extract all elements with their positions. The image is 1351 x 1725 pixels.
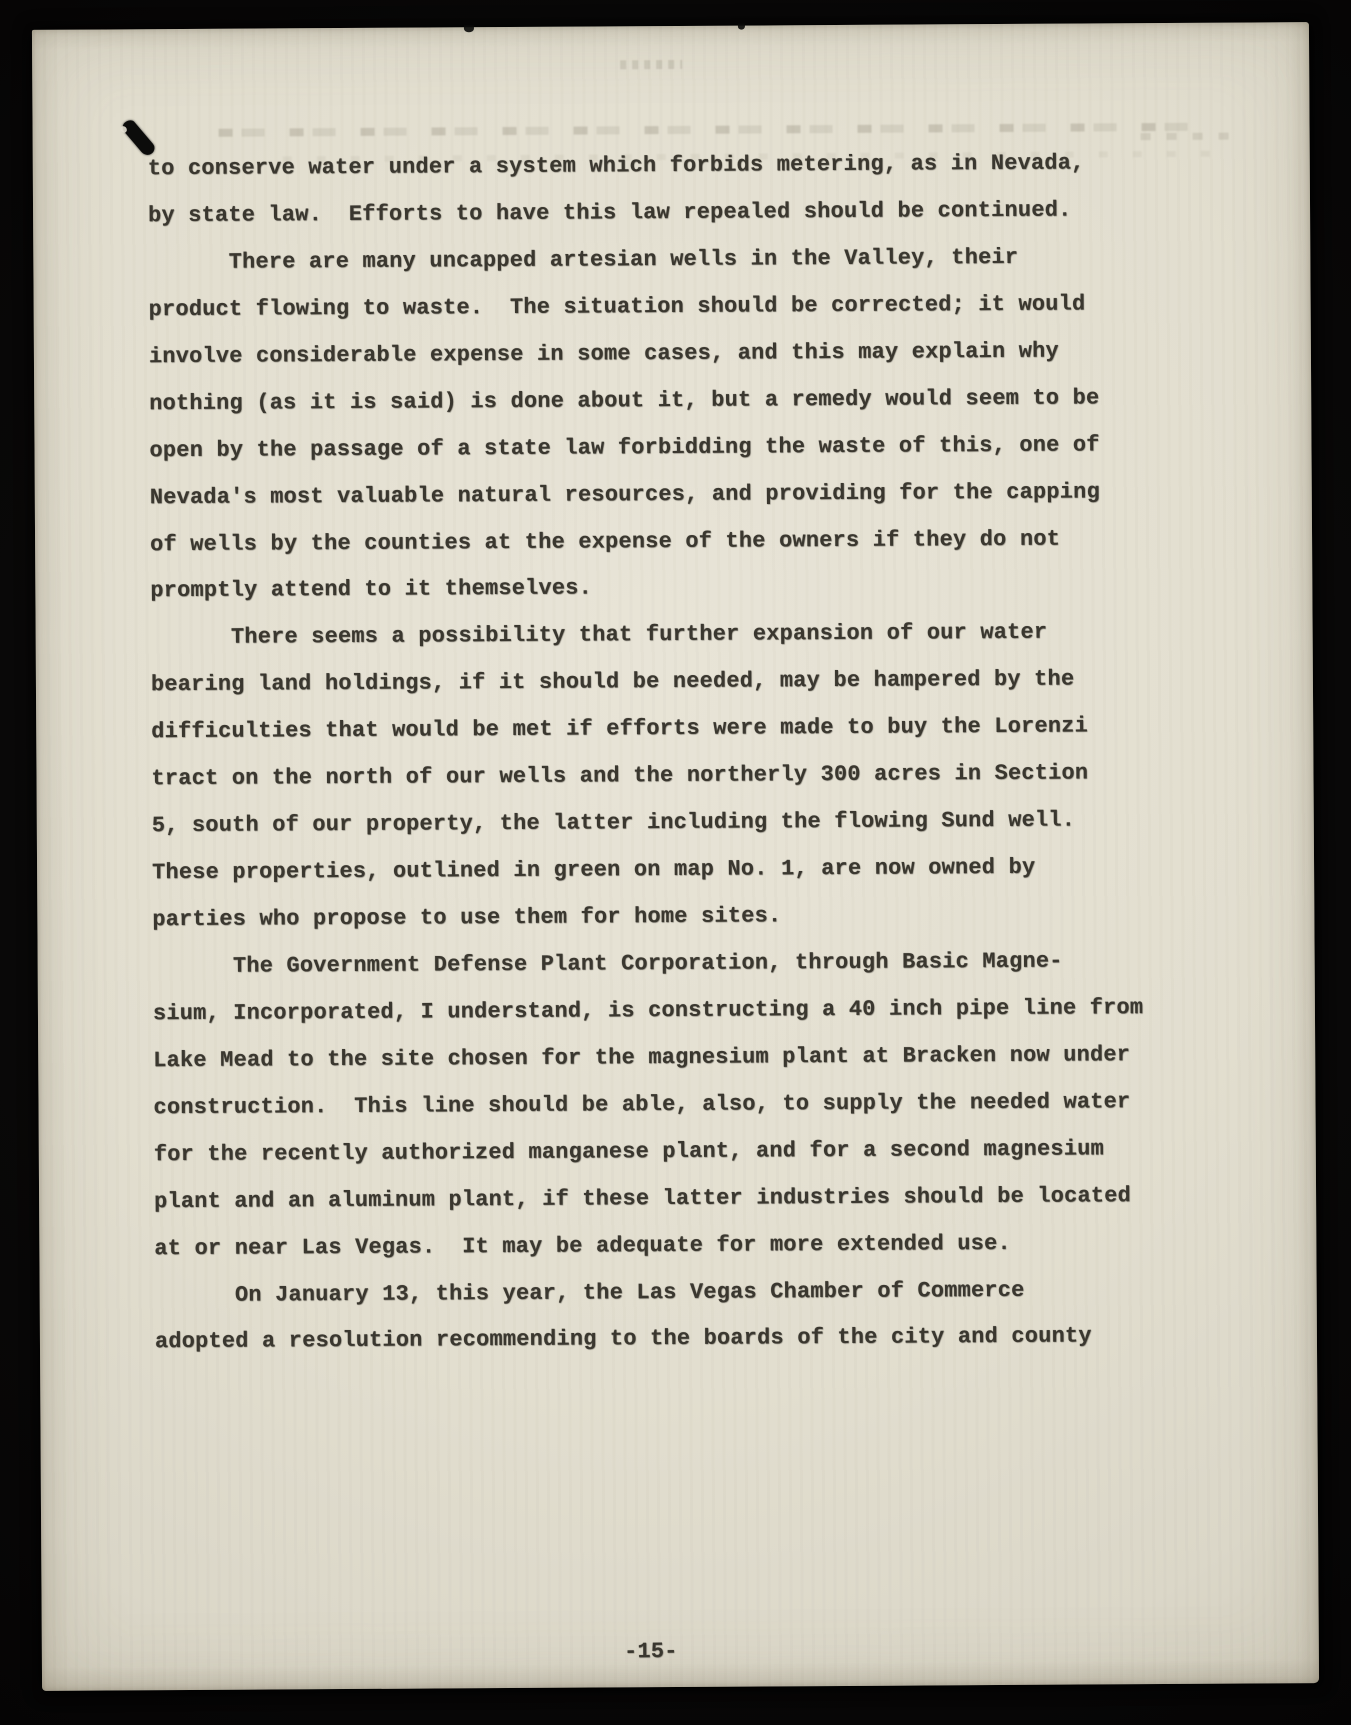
paper-edge-nick (738, 24, 745, 30)
document-page: to conserve water under a system which f… (32, 22, 1319, 1691)
page-number: -15- (42, 1625, 1260, 1679)
text-line: promptly attend to it themselves. (150, 563, 1141, 616)
text-line: involve considerable expense in some cas… (149, 328, 1140, 381)
paper-edge-nick (464, 25, 474, 32)
bleed-through-text-line (219, 123, 1204, 137)
text-line: There are many uncapped artesian wells i… (148, 234, 1139, 287)
text-line: Nevada's most valuable natural resources… (150, 469, 1141, 522)
text-line: at or near Las Vegas. It may be adequate… (154, 1220, 1145, 1273)
text-line: construction. This line should be able, … (153, 1079, 1144, 1132)
text-line: product flowing to waste. The situation … (149, 281, 1140, 334)
text-line: The Government Defense Plant Corporation… (153, 938, 1144, 991)
text-line: by state law. Efforts to have this law r… (148, 187, 1139, 240)
text-line: nothing (as it is said) is done about it… (149, 375, 1140, 428)
text-line: open by the passage of a state law forbi… (149, 422, 1140, 475)
text-line: difficulties that would be met if effort… (151, 703, 1142, 756)
text-line: adopted a resolution recommending to the… (155, 1314, 1146, 1367)
text-line: 5, south of our property, the latter inc… (152, 797, 1143, 850)
ink-smudge (620, 60, 682, 69)
text-line: bearing land holdings, if it should be n… (151, 656, 1142, 709)
text-line: Lake Mead to the site chosen for the mag… (153, 1032, 1144, 1085)
text-line: On January 13, this year, the Las Vegas … (155, 1267, 1146, 1320)
text-line: of wells by the counties at the expense … (150, 516, 1141, 569)
text-line: tract on the north of our wells and the … (151, 750, 1142, 803)
text-line: for the recently authorized manganese pl… (154, 1126, 1145, 1179)
typewritten-text: to conserve water under a system which f… (148, 140, 1146, 1366)
text-line: plant and an aluminum plant, if these la… (154, 1173, 1145, 1226)
text-line: to conserve water under a system which f… (148, 140, 1139, 193)
text-line: parties who propose to use them for home… (152, 891, 1143, 944)
scan-background: to conserve water under a system which f… (0, 0, 1351, 1725)
text-line: These properties, outlined in green on m… (152, 844, 1143, 897)
text-line: sium, Incorporated, I understand, is con… (153, 985, 1144, 1038)
text-line: There seems a possibility that further e… (151, 610, 1142, 663)
bleed-through-text-line (1141, 133, 1241, 141)
